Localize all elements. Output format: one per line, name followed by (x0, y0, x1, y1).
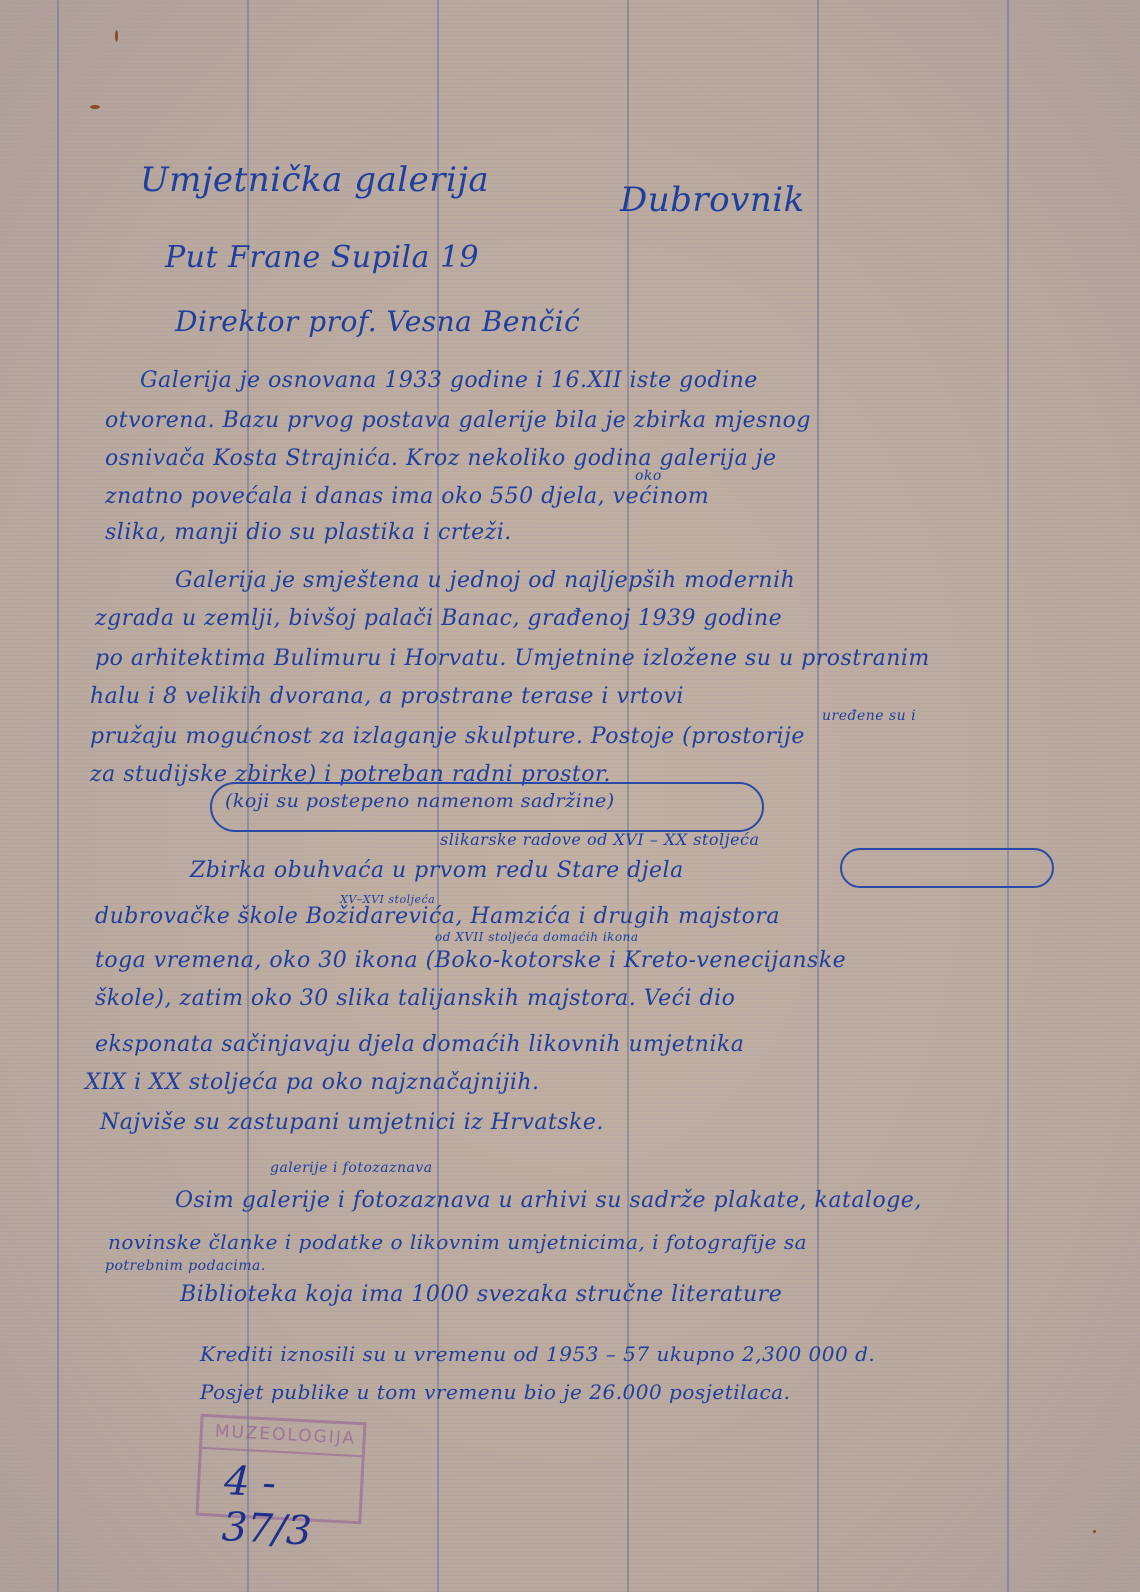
paragraph-2-line: zgrada u zemlji, bivšoj palači Banac, gr… (95, 606, 782, 631)
paper-stain (1093, 1530, 1096, 1533)
paragraph-1-line: Galerija je osnovana 1933 godine i 16.XI… (140, 368, 758, 393)
paragraph-2-line: (koji su postepeno namenom sadržine) (225, 790, 615, 812)
paragraph-2-line: po arhitektima Bulimuru i Horvatu. Umjet… (95, 646, 930, 671)
stamp-number: 4 - 37/3 (221, 1458, 362, 1557)
insertion-note: od XVII stoljeća domaćih ikona (435, 930, 639, 944)
paper-stain (90, 105, 100, 109)
city: Dubrovnik (620, 180, 805, 220)
paragraph-3-line: eksponata sačinjavaju djela domaćih liko… (95, 1032, 744, 1057)
paragraph-2-line: Galerija je smještena u jednoj od najlje… (175, 568, 795, 593)
paragraph-1-line: znatno povećala i danas ima oko 550 djel… (105, 484, 709, 509)
paragraph-1-line: otvorena. Bazu prvog postava galerije bi… (105, 408, 811, 433)
paragraph-4-line: Osim galerije i fotozaznava u arhivi su … (175, 1188, 922, 1213)
paragraph-6-line: Posjet publike u tom vremenu bio je 26.0… (200, 1380, 790, 1404)
paragraph-1-line: slika, manji dio su plastika i crteži. (105, 520, 512, 545)
insertion-note: uređene su i (822, 708, 916, 724)
document-page: Umjetnička galerija Dubrovnik Put Frane … (0, 0, 1140, 1592)
stamp-label: MUZEOLOGIJA (214, 1422, 356, 1449)
paragraph-4-line: novinske članke i podatke o likovnim umj… (108, 1230, 807, 1254)
circled-annotation (840, 848, 1054, 888)
insertion-note: galerije i fotozaznava (270, 1160, 433, 1176)
paragraph-2-line: pružaju mogućnost za izlaganje skulpture… (90, 724, 805, 749)
stamp-divider (202, 1447, 362, 1457)
paragraph-2-line: halu i 8 velikih dvorana, a prostrane te… (90, 684, 684, 709)
paragraph-4-line: potrebnim podacima. (105, 1258, 266, 1274)
paragraph-5-line: Biblioteka koja ima 1000 svezaka stručne… (180, 1282, 782, 1307)
paragraph-3-line: Zbirka obuhvaća u prvom redu Stare djela (190, 858, 684, 883)
archive-stamp: MUZEOLOGIJA 4 - 37/3 (195, 1414, 366, 1525)
address: Put Frane Supila 19 (165, 240, 479, 275)
paragraph-1-line: osnivača Kosta Strajnića. Kroz nekoliko … (105, 446, 777, 471)
paper-stain (115, 30, 118, 42)
paragraph-3-line: škole), zatim oko 30 slika talijanskih m… (95, 986, 735, 1011)
director: Direktor prof. Vesna Benčić (175, 305, 580, 338)
insertion-note: oko (635, 468, 662, 484)
insertion-note: slikarske radove od XVI – XX stoljeća (440, 830, 760, 849)
paragraph-3-line: XIX i XX stoljeća pa oko najznačajnijih. (85, 1070, 540, 1095)
paragraph-3-line: toga vremena, oko 30 ikona (Boko-kotorsk… (95, 948, 846, 973)
paragraph-3-line: Najviše su zastupani umjetnici iz Hrvats… (100, 1110, 604, 1135)
paragraph-6-line: Krediti iznosili su u vremenu od 1953 – … (200, 1342, 875, 1366)
paragraph-3-line: dubrovačke škole Božidarevića, Hamzića i… (95, 904, 780, 929)
title: Umjetnička galerija (140, 160, 489, 200)
